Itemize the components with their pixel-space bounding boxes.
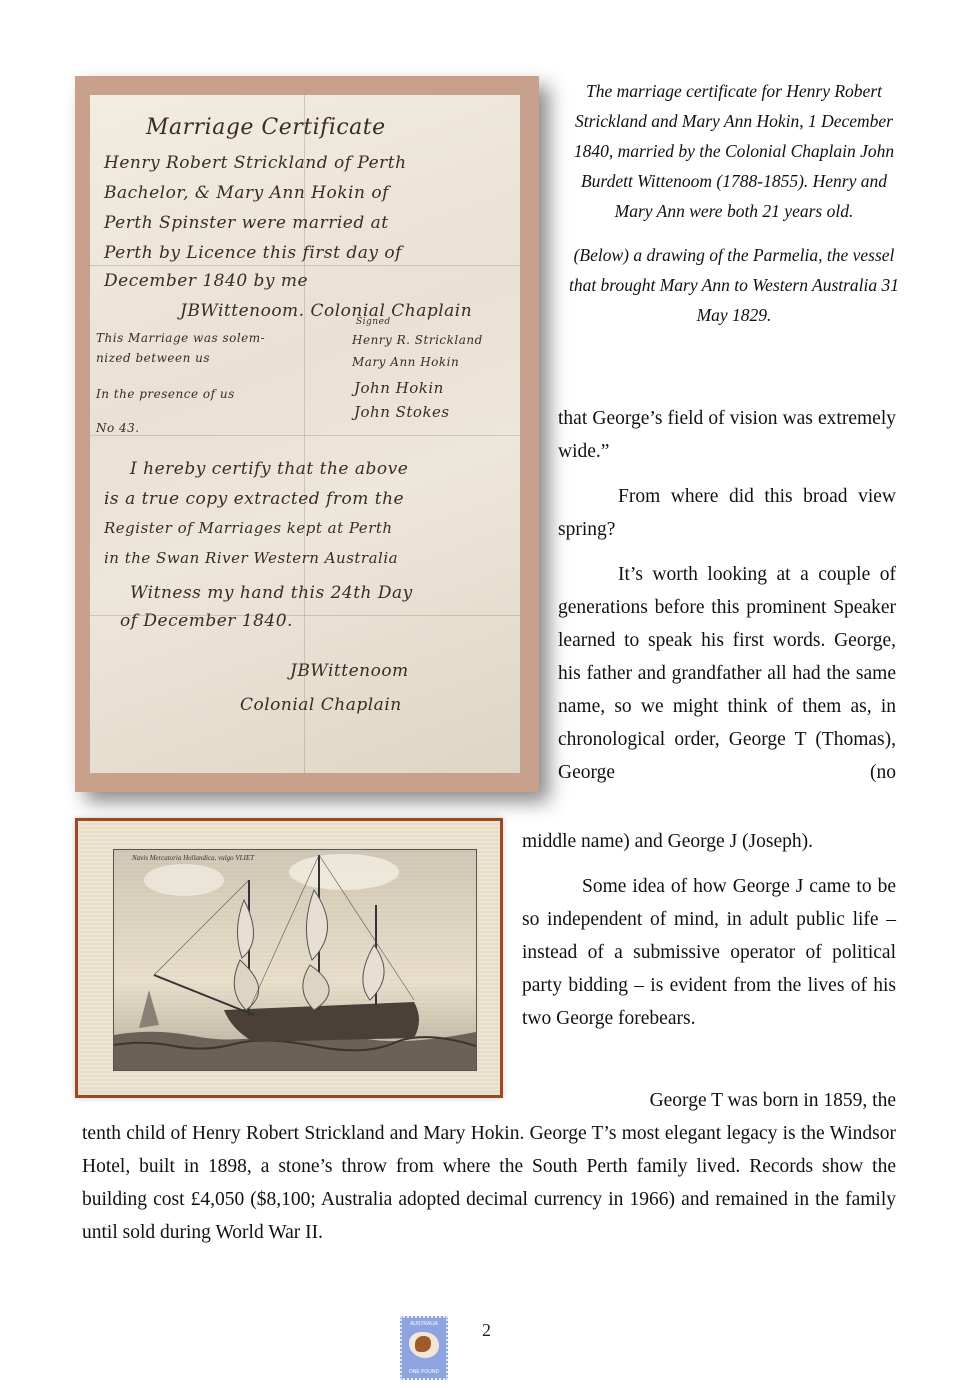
body-paragraph: tenth child of Henry Robert Strickland a…	[82, 1117, 896, 1249]
signed-label: Signed	[356, 317, 391, 327]
certificate-line: Register of Marriages kept at Perth	[104, 519, 393, 537]
signature-bride: Mary Ann Hokin	[352, 355, 459, 369]
certificate-line: Perth Spinster were married at	[104, 213, 389, 233]
kangaroo-icon	[415, 1336, 431, 1352]
certificate-line: in the Swan River Western Australia	[104, 549, 398, 567]
certificate-line: In the presence of us	[96, 387, 235, 401]
body-paragraph: It’s worth looking at a couple of genera…	[558, 558, 896, 789]
certificate-line: Witness my hand this 24th Day	[130, 583, 413, 603]
engraving-inscription: Navis Mercatoria Hollandica, vulgo VLIET	[132, 854, 254, 862]
body-column-right: that George’s field of vision was extrem…	[558, 402, 896, 789]
body-paragraph-start: George T was born in 1859, the	[582, 1084, 896, 1117]
caption-ship: (Below) a drawing of the Parmelia, the v…	[566, 240, 902, 330]
certificate-number: No 43.	[96, 421, 140, 435]
signature-groom: Henry R. Strickland	[352, 333, 483, 347]
body-paragraph: that George’s field of vision was extrem…	[558, 402, 896, 468]
certificate-line: of December 1840.	[120, 611, 293, 631]
certificate-signature-chaplain: JBWittenoom	[290, 661, 409, 681]
page-number: 2	[482, 1320, 491, 1341]
australian-kangaroo-stamp: AUSTRALIA ONE POUND	[400, 1316, 448, 1380]
body-paragraph: From where did this broad view spring?	[558, 480, 896, 546]
certificate-line: Henry Robert Strickland of Perth	[104, 153, 407, 173]
stamp-country-label: AUSTRALIA	[402, 1321, 446, 1327]
ship-engraving: Navis Mercatoria Hollandica, vulgo VLIET	[113, 849, 477, 1071]
body-paragraph: George T was born in 1859, the	[650, 1090, 896, 1111]
caption-certificate: The marriage certificate for Henry Rober…	[566, 76, 902, 226]
marriage-certificate-figure: Marriage Certificate Henry Robert Strick…	[75, 76, 539, 792]
body-column-middle: middle name) and George J (Joseph). Some…	[522, 825, 896, 1047]
certificate-paper: Marriage Certificate Henry Robert Strick…	[89, 94, 521, 774]
certificate-line: I hereby certify that the above	[130, 459, 408, 479]
body-paragraph: Some idea of how George J came to be so …	[522, 870, 896, 1035]
certificate-line: is a true copy extracted from the	[104, 489, 404, 509]
certificate-line: This Marriage was solem-	[96, 331, 265, 345]
certificate-chaplain-title: Colonial Chaplain	[240, 695, 402, 715]
certificate-line: nized between us	[96, 351, 210, 365]
figure-caption: The marriage certificate for Henry Rober…	[566, 76, 902, 344]
certificate-line: December 1840 by me	[104, 271, 308, 291]
certificate-line: Bachelor, & Mary Ann Hokin of	[104, 183, 389, 203]
stamp-value-label: ONE POUND	[402, 1369, 446, 1375]
parmelia-ship-figure: Navis Mercatoria Hollandica, vulgo VLIET	[75, 818, 503, 1098]
certificate-line: Perth by Licence this first day of	[104, 243, 402, 263]
certificate-signature-chaplain: JBWittenoom. Colonial Chaplain	[180, 301, 472, 321]
signature-witness: John Hokin	[354, 379, 444, 397]
body-column-full: tenth child of Henry Robert Strickland a…	[82, 1117, 896, 1261]
fold-line	[90, 435, 520, 436]
ship-drawing-icon	[114, 850, 476, 1070]
certificate-title: Marriage Certificate	[146, 115, 386, 140]
body-paragraph: middle name) and George J (Joseph).	[522, 825, 896, 858]
signature-witness: John Stokes	[354, 403, 450, 421]
fold-line	[90, 265, 520, 266]
